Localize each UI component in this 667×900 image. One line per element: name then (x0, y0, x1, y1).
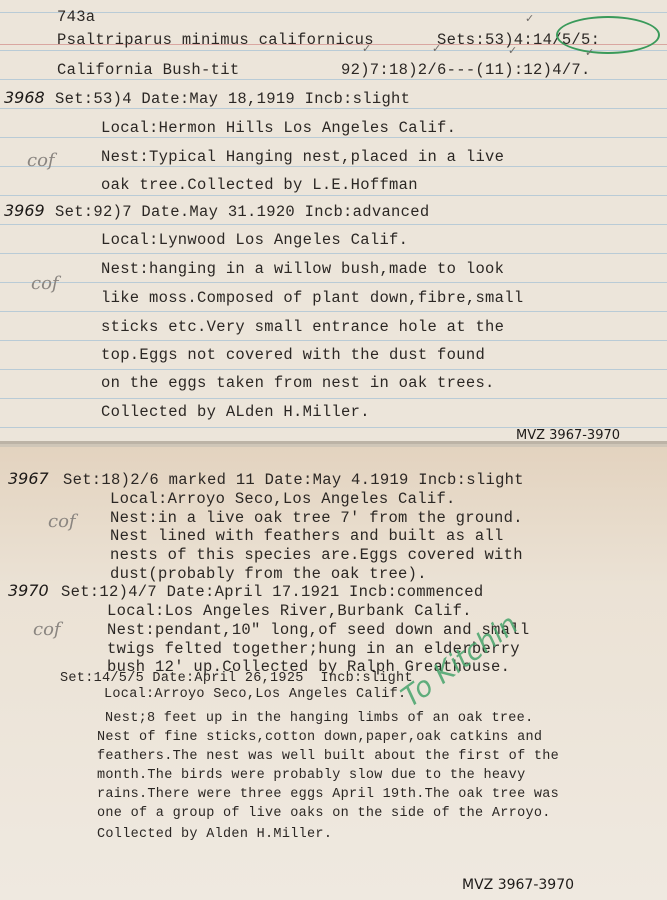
index-card-bottom: 3967 Set:18)2/6 marked 11 Date:May 4.191… (0, 447, 667, 900)
entry-line: Local:Hermon Hills Los Angeles Calif. (101, 119, 456, 137)
catalog-number: 743a (57, 8, 95, 26)
margin-note-cof: cof (33, 619, 61, 640)
entry-line: Set:92)7 Date.May 31.1920 Incb:advanced (55, 203, 429, 221)
entry-line: Set:18)2/6 marked 11 Date:May 4.1919 Inc… (63, 471, 524, 489)
entry-line: feathers.The nest was well built about t… (97, 749, 559, 764)
entry-line: sticks etc.Very small entrance hole at t… (101, 318, 504, 336)
check-mark-icon: ✓ (585, 46, 594, 59)
check-mark-icon: ✓ (508, 44, 517, 57)
entry-line: Nest:in a live oak tree 7' from the grou… (110, 509, 523, 527)
mvz-number: 3968 (4, 88, 45, 107)
entry-line: Nest of fine sticks,cotton down,paper,oa… (97, 730, 542, 745)
entry-line: Nest lined with feathers and built as al… (110, 527, 504, 545)
check-mark-icon: ✓ (362, 42, 371, 55)
entry-line: Nest:Typical Hanging nest,placed in a li… (101, 148, 504, 166)
entry-line: Collected by Alden H.Miller. (97, 827, 332, 842)
mvz-number: 3969 (4, 201, 45, 220)
index-card-top: 743a Psaltriparus minimus californicus S… (0, 0, 667, 444)
entry-line: Local:Los Angeles River,Burbank Calif. (107, 602, 472, 620)
entry-line: Local:Lynwood Los Angeles Calif. (101, 231, 408, 249)
species-scientific-name: Psaltriparus minimus californicus (57, 31, 374, 49)
entry-line: Nest;8 feet up in the hanging limbs of a… (105, 711, 533, 726)
margin-note-cof: cof (31, 273, 59, 294)
green-circle-annotation (556, 16, 660, 54)
entry-line: nests of this species are.Eggs covered w… (110, 546, 523, 564)
entry-line: Collected by ALden H.Miller. (101, 403, 370, 421)
check-mark-icon: ✓ (525, 12, 534, 25)
mvz-range-note: MVZ 3967-3970 (462, 877, 574, 893)
entry-line: rains.There were three eggs April 19th.T… (97, 787, 559, 802)
entry-line: one of a group of live oaks on the side … (97, 806, 551, 821)
check-mark-icon: ✓ (432, 42, 441, 55)
entry-line: on the eggs taken from nest in oak trees… (101, 374, 495, 392)
entry-line: dust(probably from the oak tree). (110, 565, 427, 583)
entry-line: oak tree.Collected by L.E.Hoffman (101, 176, 418, 194)
entry-line: month.The birds were probably slow due t… (97, 768, 525, 783)
entry-line: Set:14/5/5 Date:April 26,1925 Incb:sligh… (60, 671, 413, 686)
entry-line: Nest:hanging in a willow bush,made to lo… (101, 260, 504, 278)
mvz-number: 3970 (8, 581, 49, 600)
margin-note-cof: cof (48, 511, 76, 532)
entry-line: like moss.Composed of plant down,fibre,s… (101, 289, 523, 307)
margin-note-cof: cof (27, 150, 55, 171)
mvz-range-note: MVZ 3967-3970 (516, 428, 620, 443)
species-common-name: California Bush-tit (57, 61, 239, 79)
entry-line: Set:53)4 Date:May 18,1919 Incb:slight (55, 90, 410, 108)
entry-line: top.Eggs not covered with the dust found (101, 346, 485, 364)
entry-line: Local:Arroyo Seco,Los Angeles Calif. (110, 490, 456, 508)
mvz-number: 3967 (8, 469, 49, 488)
sets-line-2: 92)7:18)2/6---(11):12)4/7. (341, 61, 591, 79)
entry-line: Set:12)4/7 Date:April 17.1921 Incb:comme… (61, 583, 483, 601)
entry-line: Local:Arroyo Seco,Los Angeles Calif. (104, 687, 406, 702)
